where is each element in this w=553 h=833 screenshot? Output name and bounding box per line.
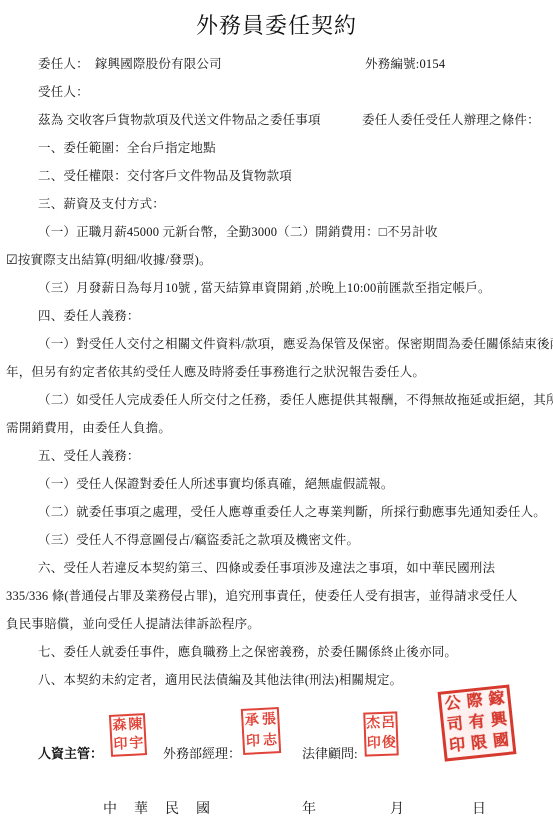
- conditions-intro: 委任人委任受任人辦理之條件：: [362, 106, 540, 134]
- hr-manager-label: 人資主管：: [38, 744, 103, 764]
- principal-label: 委任人：: [38, 57, 89, 71]
- month-label: 月: [390, 795, 404, 825]
- purpose-text: 茲為 交收客戶貨物款項及代送文件物品之委任事項: [38, 113, 321, 127]
- contract-line: 年，但另有約定者依其約受任人應及時將委任事務進行之狀況報告委任人。: [0, 358, 553, 386]
- contract-line: （三）受任人不得意圖侵占/竊盜委託之款項及機密文件。: [0, 526, 553, 554]
- legal-advisor-label: 法律顧問:: [302, 744, 358, 764]
- contract-line-text: 按實際支出結算(明細/收據/發票)。: [18, 253, 212, 267]
- contract-line-expenses: （一）正職月薪45000 元新台幣，全勤3000（二）開銷費用：□不另計收: [0, 218, 553, 246]
- seal-char: 呂: [380, 713, 396, 734]
- seal-char: 有: [465, 711, 489, 735]
- seal-char: 鎵: [485, 688, 509, 712]
- seal-char: 陳: [127, 715, 144, 735]
- seal-char: 國: [489, 730, 513, 754]
- seal-char: 印: [445, 735, 469, 759]
- contract-line: 四、委任人義務：: [0, 302, 553, 330]
- contract-line: （三）月發薪日為每月10號 , 當天結算車資開銷 ,於晚上10:00前匯款至指定…: [0, 274, 553, 302]
- contract-line-settlement: ☑按實際支出結算(明細/收據/發票)。: [0, 246, 553, 274]
- checkbox-unchecked-icon[interactable]: □: [379, 218, 387, 246]
- seal-char: 張: [260, 709, 278, 731]
- roc-era-char: 國: [196, 795, 210, 825]
- contract-line: （二）如受任人完成委任人所交付之任務，委任人應提供其報酬，不得無故拖延或拒絕，其…: [0, 386, 553, 414]
- principal-row: 委任人：鎵興國際股份有限公司 外務編號:0154: [0, 50, 553, 78]
- contract-document: 外務員委任契約 委任人：鎵興國際股份有限公司 外務編號:0154 受任人： 茲為…: [0, 0, 553, 833]
- roc-date-row: 中 華 民 國 年 月 日: [0, 795, 553, 825]
- company-seal: 公 際 鎵 司 有 興 印 限 國: [438, 684, 517, 761]
- contract-line: 二、受任權限：交付客戶文件物品及貨物款項: [0, 162, 553, 190]
- contract-number: 外務編號:0154: [365, 50, 445, 78]
- signature-area: 人資主管： 森 陳 印 宇 外務部經理： 承 張 印 志 法律顧問: 杰 呂 印…: [0, 694, 553, 790]
- contract-line-text: （一）正職月薪45000 元新台幣，全勤3000（二）開銷費用：: [38, 225, 379, 239]
- agent-row: 受任人：: [0, 78, 553, 106]
- seal-char: 志: [261, 730, 279, 752]
- year-label: 年: [302, 795, 316, 825]
- purpose-row: 茲為 交收客戶貨物款項及代送文件物品之委任事項 委任人委任受任人辦理之條件：: [0, 106, 553, 134]
- seal-char: 限: [467, 732, 491, 756]
- contract-line: 六、受任人若違反本契約第三、四條或委任事項涉及違法之事項，如中華民國刑法: [0, 554, 553, 582]
- seal-char: 承: [243, 710, 261, 732]
- checkbox-checked-icon[interactable]: ☑: [6, 246, 18, 274]
- seal-char: 森: [111, 716, 128, 736]
- contract-line-text: 不另計收: [387, 225, 438, 239]
- roc-era-char: 民: [165, 795, 179, 825]
- ops-manager-seal: 承 張 印 志: [241, 707, 281, 755]
- roc-era-char: 華: [134, 795, 148, 825]
- seal-char: 印: [112, 735, 129, 755]
- contract-line: 五、受任人義務：: [0, 442, 553, 470]
- document-title: 外務員委任契約: [0, 0, 553, 44]
- seal-char: 印: [366, 734, 382, 755]
- contract-line: （一）受任人保證對委任人所述事實均係真確，絕無虛假謊報。: [0, 470, 553, 498]
- day-label: 日: [472, 795, 486, 825]
- agent-label: 受任人：: [38, 85, 89, 99]
- seal-char: 宇: [128, 734, 145, 754]
- contract-line: （一）對受任人交付之相關文件資料/款項，應妥為保管及保密。保密期間為委任關係結束…: [0, 330, 553, 358]
- contract-line: 七、委任人就委任事件，應負職務上之保密義務，於委任關係終止後亦同。: [0, 638, 553, 666]
- principal-name: 鎵興國際股份有限公司: [95, 57, 222, 71]
- seal-char: 印: [244, 731, 262, 753]
- contract-line: 335/336 條(普通侵占罪及業務侵占罪)，追究刑事責任，使委任人受有損害，並…: [0, 582, 553, 610]
- legal-advisor-seal: 杰 呂 印 俊: [363, 711, 399, 756]
- roc-era-char: 中: [103, 795, 117, 825]
- ops-manager-label: 外務部經理：: [163, 744, 241, 764]
- seal-char: 際: [463, 690, 487, 714]
- contract-line: 需開銷費用，由委任人負擔。: [0, 414, 553, 442]
- hr-manager-seal: 森 陳 印 宇: [109, 713, 147, 757]
- seal-char: 司: [443, 714, 467, 738]
- seal-char: 興: [487, 709, 511, 733]
- contract-line: （二）就委任事項之處理，受任人應尊重委任人之專業判斷，所採行動應事先通知委任人。: [0, 498, 553, 526]
- contract-line: 三、薪資及支付方式：: [0, 190, 553, 218]
- contract-line: 負民事賠償，並向受任人提請法律訴訟程序。: [0, 610, 553, 638]
- seal-char: 公: [441, 692, 465, 716]
- contract-line: 一、委任範圍：全台戶指定地點: [0, 134, 553, 162]
- document-body: 委任人：鎵興國際股份有限公司 外務編號:0154 受任人： 茲為 交收客戶貨物款…: [0, 50, 553, 694]
- seal-char: 俊: [381, 733, 397, 754]
- seal-char: 杰: [365, 714, 381, 735]
